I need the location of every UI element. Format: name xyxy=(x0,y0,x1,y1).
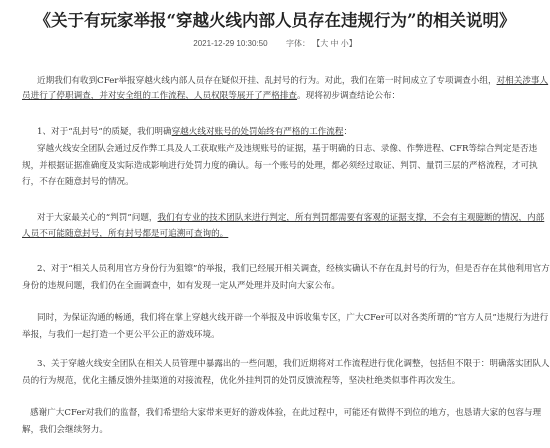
paragraph-thanks-line-2: 解，我们会继续努力。 xyxy=(22,424,108,436)
paragraph-point1-line-3: 规，并根据证据准确度及实际造成影响进行处罚力度的确认。每一个账号的处理，都必须经… xyxy=(22,160,538,172)
font-size-small-button[interactable]: 小 xyxy=(341,39,349,48)
underlined-text: 穿越火线对账号的处罚始终有严格的工作流程 xyxy=(172,127,344,137)
underlined-text: 员进行了停职调查，并对安全组的工作流程、人员权限等展开了严格排查 xyxy=(22,91,297,101)
paragraph-point3-line-1: 3、关于穿越火线安全团队在相关人员管理中暴露出的一些问题，我们近期将对工作流程进… xyxy=(37,358,550,370)
paragraph-point1-line-4: 行，不存在随意封号的情况。 xyxy=(22,176,134,188)
paragraph-point2-line-2: 身份的违规问题，我们仍在全面调查中，如有发现一定从严处理并及时向大家公布。 xyxy=(22,280,340,292)
paragraph-point3-line-2: 员的行为规范，优化主播反馈外挂渠道的对接流程，优化外挂判罚的处罚反馈流程等，坚决… xyxy=(22,375,460,387)
underlined-text: 我们有专业的技术团队来进行判定，所有判罚都需要有客观的证据支撑，不会有主观臆断的… xyxy=(158,213,545,223)
paragraph-report-line-2: 举报，与我们一起打造一个更公平公正的游戏环境。 xyxy=(22,329,220,341)
text-span: 1、对于“乱封号”的质疑，我们明确 xyxy=(37,127,172,137)
font-size-large-button[interactable]: 大 xyxy=(320,39,328,48)
paragraph-report-line-1: 同时，为保证沟通的畅通，我们将在掌上穿越火线开辟一个举报及申诉收集专区，广大CF… xyxy=(37,312,548,324)
text-span: 近期我们有收到CFer举报穿越火线内部人员存在疑似开挂、乱封号的行为。对此，我们… xyxy=(37,76,497,86)
paragraph-intro-line-2: 员进行了停职调查，并对安全组的工作流程、人员权限等展开了严格排查。现将初步调查结… xyxy=(22,90,400,102)
paragraph-point1-line-2: 穿越火线安全团队会通过反作弊工具及人工获取账产及违规账号的证据，基于明确的日志、… xyxy=(37,143,537,155)
font-size-medium-button[interactable]: 中 xyxy=(331,39,339,48)
publish-date: 2021-12-29 10:30:50 xyxy=(193,39,267,48)
bracket-close: 】 xyxy=(349,39,357,48)
paragraph-intro-line-1: 近期我们有收到CFer举报穿越火线内部人员存在疑似开挂、乱封号的行为。对此，我们… xyxy=(37,75,548,87)
article-meta: 2021-12-29 10:30:50 字体： 【大 中 小】 xyxy=(0,38,550,49)
text-span: 对于大家最关心的“判罚”问题， xyxy=(37,213,158,223)
paragraph-judgement-line-2: 人员不可能随意封号，所有封号都是可追溯可查询的。 xyxy=(22,228,228,240)
paragraph-judgement-line-1: 对于大家最关心的“判罚”问题，我们有专业的技术团队来进行判定，所有判罚都需要有客… xyxy=(37,212,544,224)
paragraph-thanks-line-1: 感谢广大CFer对我们的监督，我们希望给大家带来更好的游戏体验，在此过程中，可能… xyxy=(30,407,541,419)
article-page: 《关于有玩家举报“穿越火线内部人员存在违规行为”的相关说明》 2021-12-2… xyxy=(0,0,550,448)
font-size-label: 字体： xyxy=(286,39,310,48)
article-title: 《关于有玩家举报“穿越火线内部人员存在违规行为”的相关说明》 xyxy=(0,7,550,31)
paragraph-point1-line-1: 1、对于“乱封号”的质疑，我们明确穿越火线对账号的处罚始终有严格的工作流程： xyxy=(37,126,352,138)
underlined-text: 对相关涉事人 xyxy=(497,76,549,86)
text-span: ： xyxy=(343,127,352,137)
text-span: 。现将初步调查结论公布： xyxy=(297,91,400,101)
paragraph-point2-line-1: 2、对于“相关人员利用官方身份行为狙镲”的举报，我们已经展开相关调查，经核实确认… xyxy=(37,263,550,275)
